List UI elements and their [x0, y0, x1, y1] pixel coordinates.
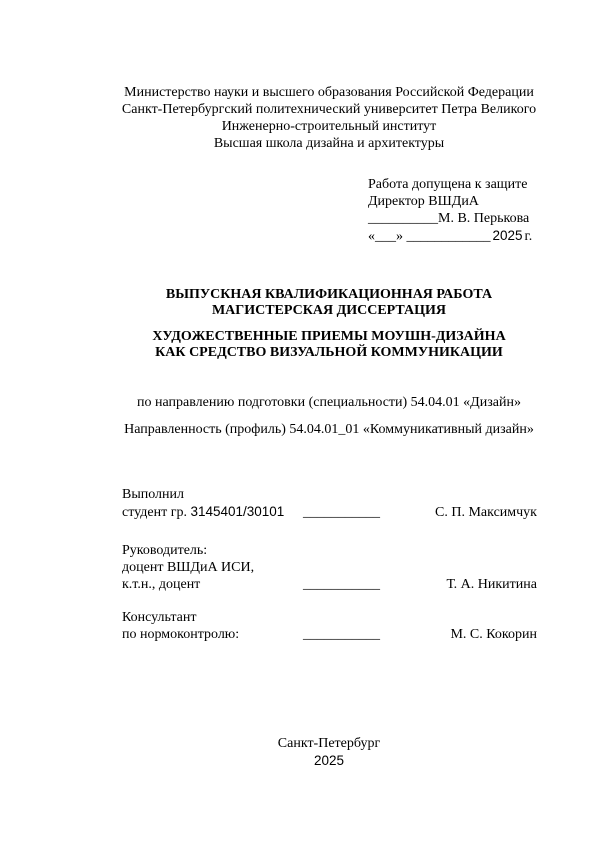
- footer: Санкт-Петербург 2025: [118, 735, 540, 769]
- performer-signature-blank: ___________: [303, 504, 380, 521]
- performer-group-line: студент гр. 3145401/30101: [122, 503, 303, 521]
- supervisor-degree: к.т.н., доцент: [122, 576, 303, 593]
- footer-year: 2025: [118, 752, 540, 769]
- supervisor-signature-blank: ___________: [303, 576, 380, 593]
- date-blank: «___» ____________: [368, 229, 491, 244]
- approval-year: 2025: [493, 228, 523, 243]
- approval-date-line: «___» ____________2025г.: [368, 227, 532, 245]
- thesis-title-page: Министерство науки и высшего образования…: [0, 0, 595, 841]
- supervisor-row: Руководитель: доцент ВШДиА ИСИ, к.т.н., …: [122, 542, 537, 593]
- performer-row: Выполнил студент гр. 3145401/30101 _____…: [122, 486, 537, 521]
- thesis-title-heading: ХУДОЖЕСТВЕННЫЕ ПРИЕМЫ МОУШН-ДИЗАЙНА КАК …: [60, 329, 595, 361]
- performer-group-prefix: студент гр.: [122, 505, 190, 520]
- approval-signature-line: __________М. В. Перькова: [368, 210, 532, 227]
- ministry-line: Министерство науки и высшего образования…: [118, 84, 540, 101]
- consultant-duty: по нормоконтролю:: [122, 626, 303, 643]
- thesis-title-line1: ХУДОЖЕСТВЕННЫЕ ПРИЕМЫ МОУШН-ДИЗАЙНА: [60, 329, 595, 345]
- supervisor-role: Руководитель:: [122, 542, 303, 559]
- footer-city: Санкт-Петербург: [118, 735, 540, 752]
- consultant-row: Консультант по нормоконтролю: __________…: [122, 609, 537, 643]
- supervisor-position: доцент ВШДиА ИСИ,: [122, 559, 303, 576]
- specialty-profile-line: Направленность (профиль) 54.04.01_01 «Ко…: [60, 422, 595, 438]
- performer-group-number: 3145401/30101: [190, 504, 284, 519]
- thesis-title-line2: КАК СРЕДСТВО ВИЗУАЛЬНОЙ КОММУНИКАЦИИ: [60, 345, 595, 361]
- institution-header: Министерство науки и высшего образования…: [118, 84, 540, 152]
- approval-statement: Работа допущена к защите: [368, 176, 532, 193]
- supervisor-name: Т. А. Никитина: [380, 576, 537, 593]
- consultant-signature-blank: ___________: [303, 626, 380, 643]
- institute-line: Инженерно-строительный институт: [118, 118, 540, 135]
- specialty-direction-line: по направлению подготовки (специальности…: [60, 395, 595, 411]
- consultant-name: М. С. Кокорин: [380, 626, 537, 643]
- performer-name: С. П. Максимчук: [380, 504, 537, 521]
- university-line: Санкт-Петербургский политехнический унив…: [118, 101, 540, 118]
- approval-director-title: Директор ВШДиА: [368, 193, 532, 210]
- signatures-section: Выполнил студент гр. 3145401/30101 _____…: [122, 486, 537, 643]
- work-type-line1: ВЫПУСКНАЯ КВАЛИФИКАЦИОННАЯ РАБОТА: [60, 287, 595, 303]
- director-name: М. В. Перькова: [438, 211, 529, 226]
- performer-labels: Выполнил студент гр. 3145401/30101: [122, 486, 303, 521]
- school-line: Высшая школа дизайна и архитектуры: [118, 135, 540, 152]
- director-signature-blank: __________: [368, 211, 438, 226]
- consultant-role: Консультант: [122, 609, 303, 626]
- supervisor-labels: Руководитель: доцент ВШДиА ИСИ, к.т.н., …: [122, 542, 303, 593]
- work-type-line2: МАГИСТЕРСКАЯ ДИССЕРТАЦИЯ: [60, 303, 595, 319]
- approval-year-suffix: г.: [525, 229, 533, 244]
- work-type-heading: ВЫПУСКНАЯ КВАЛИФИКАЦИОННАЯ РАБОТА МАГИСТ…: [60, 287, 595, 319]
- performer-role: Выполнил: [122, 486, 303, 503]
- approval-block: Работа допущена к защите Директор ВШДиА …: [368, 176, 532, 245]
- consultant-labels: Консультант по нормоконтролю:: [122, 609, 303, 643]
